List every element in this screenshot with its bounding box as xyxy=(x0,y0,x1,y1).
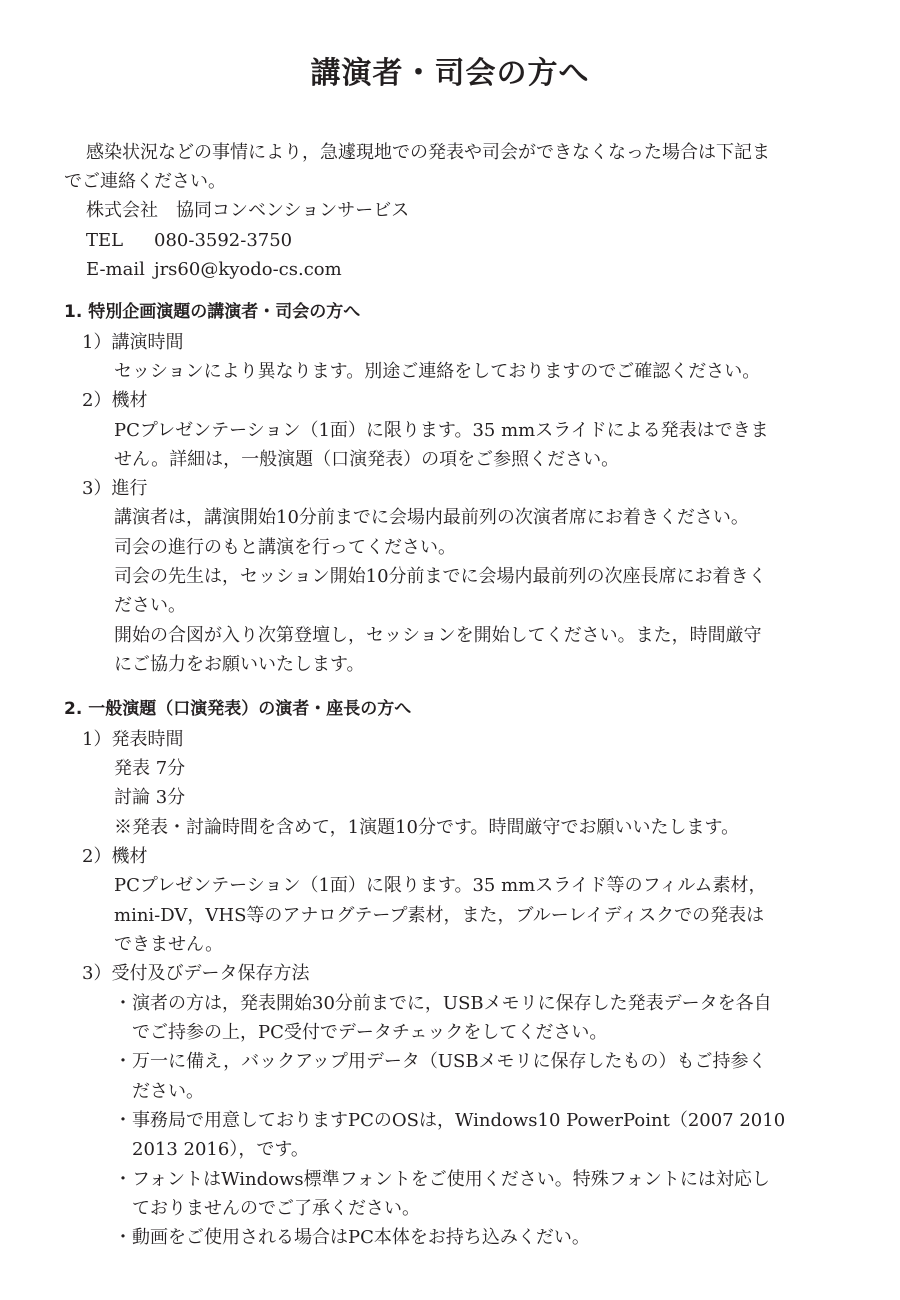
item-label: 1）講演時間 xyxy=(82,328,183,357)
bullet-item-cont: でご持参の上，PC受付でデータチェックをしてください。 xyxy=(132,1018,607,1047)
bullet-item: ・事務局で用意しておりますPCのOSは，Windows10 PowerPoint… xyxy=(114,1106,785,1135)
item-text: にご協力をお願いいたします。 xyxy=(114,650,365,679)
email-value[interactable]: jrs60@kyodo-cs.com xyxy=(154,255,342,284)
item-text: せん。詳細は，一般演題（口演発表）の項をご参照ください。 xyxy=(114,445,619,474)
company-name: 株式会社 協同コンベンションサービス xyxy=(86,196,409,225)
item-text: 司会の先生は，セッション開始10分前までに会場内最前列の次座長席にお着きく xyxy=(114,562,767,591)
bullet-item: ・動画をご使用される場合はPC本体をお持ち込みくだい。 xyxy=(114,1223,590,1252)
item-label: 3）受付及びデータ保存方法 xyxy=(82,959,309,988)
section-heading: 2. 一般演題（口演発表）の演者・座長の方へ xyxy=(64,695,411,724)
item-text: 開始の合図が入り次第登壇し，セッションを開始してください。また，時間厳守 xyxy=(114,621,762,650)
intro-line: でご連絡ください。 xyxy=(64,167,226,196)
tel-value: 080-3592-3750 xyxy=(154,226,292,255)
item-text: PCプレゼンテーション（1面）に限ります。35 mmスライドによる発表はできま xyxy=(114,416,769,445)
item-text: 講演者は，講演開始10分前までに会場内最前列の次演者席にお着きください。 xyxy=(114,503,749,532)
bullet-item-cont: 2013 2016），です。 xyxy=(132,1135,309,1164)
item-label: 1）発表時間 xyxy=(82,725,183,754)
section-heading: 1. 特別企画演題の講演者・司会の方へ xyxy=(64,298,360,327)
item-text: セッションにより異なります。別途ご連絡をしておりますのでご確認ください。 xyxy=(114,357,760,386)
email-label: E-mail xyxy=(86,255,145,284)
item-text: ※発表・討論時間を含めて，1演題10分です。時間厳守でお願いいたします。 xyxy=(114,813,739,842)
item-text: 司会の進行のもと講演を行ってください。 xyxy=(114,533,456,562)
item-label: 2）機材 xyxy=(82,842,147,871)
item-text: mini-DV，VHS等のアナログテープ素材，また，ブルーレイディスクでの発表は xyxy=(114,901,764,930)
item-text: 討論 3分 xyxy=(114,783,185,812)
bullet-item: ・演者の方は，発表開始30分前までに，USBメモリに保存した発表データを各自 xyxy=(114,989,772,1018)
item-text: ださい。 xyxy=(114,591,186,620)
item-text: できません。 xyxy=(114,930,223,959)
item-text: PCプレゼンテーション（1面）に限ります。35 mmスライド等のフィルム素材， xyxy=(114,871,767,900)
bullet-item: ・フォントはWindows標準フォントをご使用ください。特殊フォントには対応し xyxy=(114,1165,770,1194)
bullet-item-cont: ださい。 xyxy=(132,1077,204,1106)
bullet-item-cont: ておりませんのでご了承ください。 xyxy=(132,1194,420,1223)
tel-label: TEL xyxy=(86,226,123,255)
page-title: 講演者・司会の方へ xyxy=(0,48,900,92)
item-text: 発表 7分 xyxy=(114,754,185,783)
intro-line: 感染状況などの事情により，急遽現地での発表や司会ができなくなった場合は下記ま xyxy=(86,138,770,167)
item-label: 2）機材 xyxy=(82,386,147,415)
bullet-item: ・万一に備え，バックアップ用データ（USBメモリに保存したもの）もご持参く xyxy=(114,1047,767,1076)
item-label: 3）進行 xyxy=(82,474,147,503)
